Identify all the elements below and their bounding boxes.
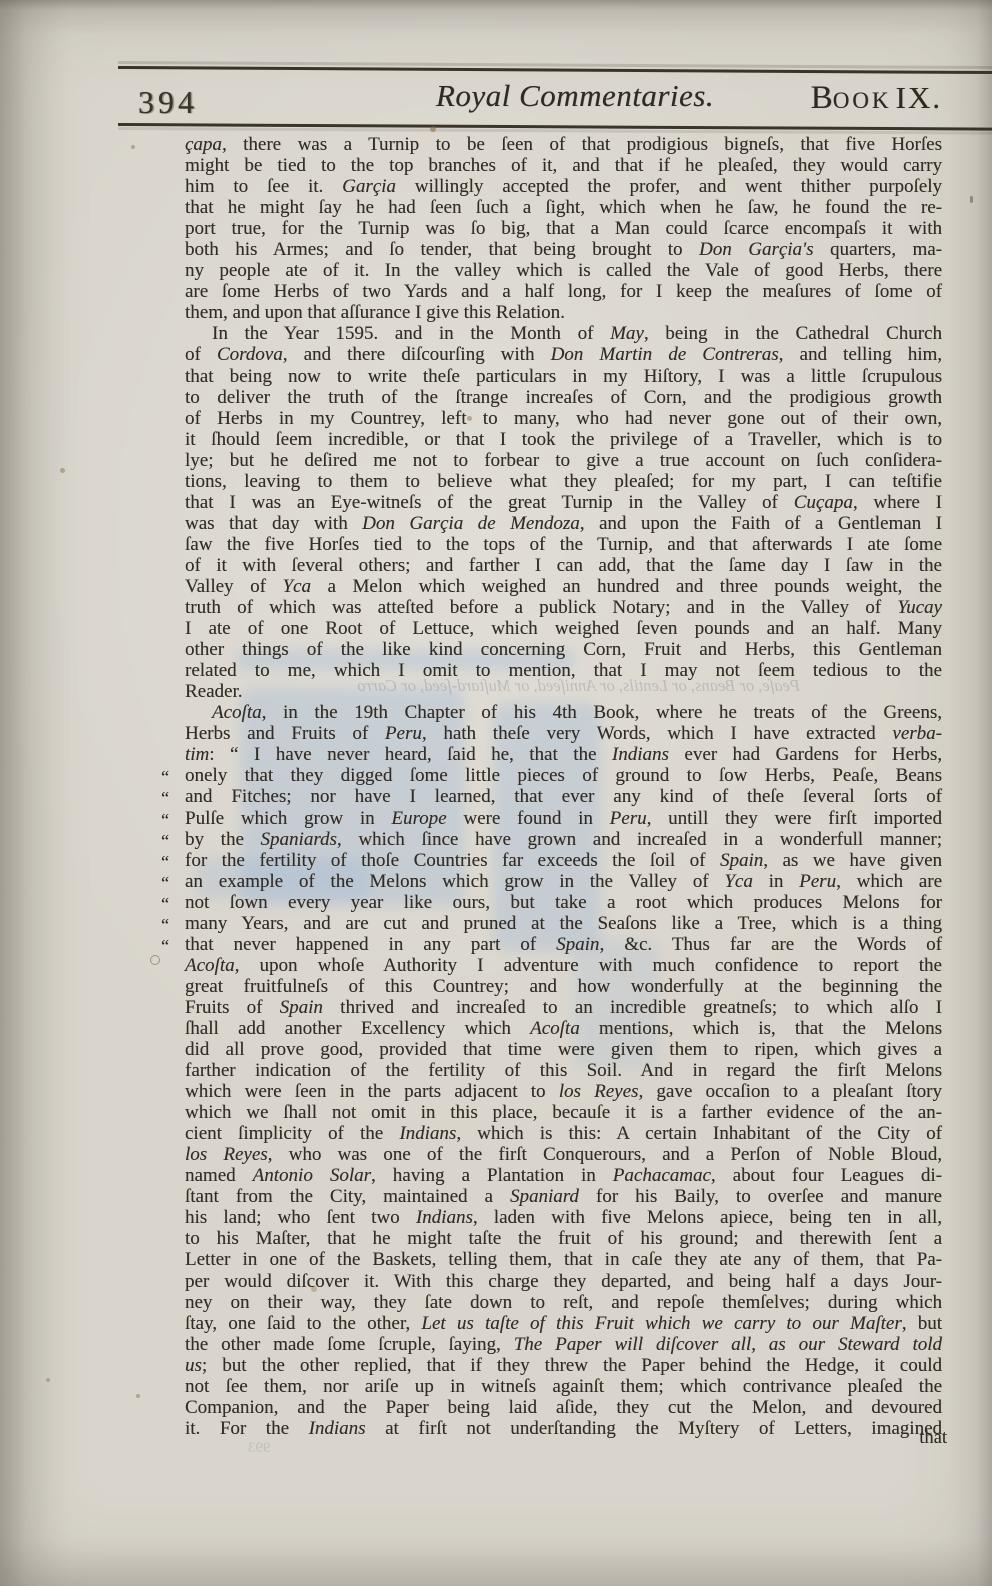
hanging-quote-mark: “: [161, 873, 169, 894]
text-line: other things of the like kind concerning…: [185, 639, 942, 660]
text-line: both his Armes; and ſo tender, that bein…: [185, 239, 942, 260]
book-heading: BOOK IX.: [811, 80, 942, 117]
text-line: it ſhould ſeem incredible, or that I too…: [185, 429, 942, 450]
text-line: of Cordova, and there diſcourſing with D…: [185, 344, 942, 365]
text-line: I ate of one Root of Lettuce, which weig…: [185, 618, 942, 639]
text-line: was that day with Don Garçia de Mendoza,…: [185, 513, 942, 534]
text-line: ney on their way, they ſate down to reſt…: [185, 1292, 942, 1313]
page-number: 394: [138, 84, 198, 121]
text-line: los Reyes, who was one of the firſt Conq…: [185, 1144, 942, 1165]
header-rule-bottom: [118, 123, 992, 130]
text-line: In the Year 1595. and in the Month of Ma…: [185, 323, 942, 344]
text-line: “by the Spaniards, which ſince have grow…: [185, 829, 942, 850]
hanging-quote-mark: “: [161, 767, 169, 788]
text-line: lye; but he deſired me not to forbear to…: [185, 450, 942, 471]
text-line: “for the fertility of thoſe Countries fa…: [185, 850, 942, 871]
paragraph: çapa, there was a Turnip to be ſeen of t…: [185, 134, 942, 323]
text-line: which were ſeen in the parts adjacent to…: [185, 1081, 942, 1102]
text-line: cient ſimplicity of the Indians, which i…: [185, 1123, 942, 1144]
hanging-quote-mark: “: [161, 915, 169, 936]
hanging-quote-mark: “: [161, 788, 169, 809]
hanging-quote-mark: “: [161, 936, 169, 957]
text-block: çapa, there was a Turnip to be ſeen of t…: [185, 134, 942, 1439]
text-line: the other made ſome ſcruple, ſaying, The…: [185, 1334, 942, 1355]
text-line: farther indication of the fertility of t…: [185, 1060, 942, 1081]
text-line: ſtant from the City, maintained a Spania…: [185, 1186, 942, 1207]
text-line: Letter in one of the Baskets, telling th…: [185, 1249, 942, 1270]
text-line: “Pulſe which grow in Europe were found i…: [185, 808, 942, 829]
text-line: ſtay, one ſaid to the other, Let us taſt…: [185, 1313, 942, 1334]
text-line: named Antonio Solar, having a Plantation…: [185, 1165, 942, 1186]
stain-spot: [131, 145, 135, 149]
header-rule-top: [118, 66, 992, 74]
text-line: it. For the Indians at firſt not underſt…: [185, 1418, 942, 1439]
text-line: “an example of the Melons which grow in …: [185, 871, 942, 892]
bleedthrough-number: 993: [248, 1440, 271, 1457]
text-line: “and Fitches; nor have I learned, that e…: [185, 786, 942, 807]
text-line: them, and upon that aſſurance I give thi…: [185, 302, 942, 323]
text-line: Valley of Yca a Melon which weighed an h…: [185, 576, 942, 597]
stain-spot: [60, 468, 65, 473]
hanging-quote-mark: “: [161, 831, 169, 852]
text-line: Reader.: [185, 681, 942, 702]
text-line: Acoſta, in the 19th Chapter of his 4th B…: [185, 702, 942, 723]
paragraph: Acoſta, in the 19th Chapter of his 4th B…: [185, 702, 942, 1439]
text-line: him to ſee it. Garçia willingly accepted…: [185, 176, 942, 197]
book-heading-numeral: IX.: [896, 80, 942, 115]
text-line: to his Maſter, that he might taſte the f…: [185, 1228, 942, 1249]
text-line: Herbs and Fruits of Peru, hath theſe ver…: [185, 723, 942, 744]
text-line: “that never happened in any part of Spai…: [185, 934, 942, 955]
text-line: not ſee them, nor ariſe up in witneſs ag…: [185, 1376, 942, 1397]
hanging-quote-mark: “: [161, 894, 169, 915]
book-heading-smallcaps: OOK: [833, 88, 892, 113]
stray-ink-mark: [970, 196, 973, 203]
text-line: truth of which was atteſted before a pub…: [185, 597, 942, 618]
text-line: ſhall add another Excellency which Acoſt…: [185, 1018, 942, 1039]
text-line: “not ſown every year like ours, but take…: [185, 892, 942, 913]
text-line: are ſome Herbs of two Yards and a half l…: [185, 281, 942, 302]
text-line: of Herbs in my Countrey, left to many, w…: [185, 408, 942, 429]
book-heading-initial: B: [811, 80, 833, 116]
text-line: related to me, which I omit to mention, …: [185, 660, 942, 681]
text-line: ſaw the five Horſes tied to the tops of …: [185, 534, 942, 555]
hanging-quote-mark: “: [161, 810, 169, 831]
stain-spot: [136, 1394, 140, 1398]
text-line: “onely that they digged ſome little piec…: [185, 765, 942, 786]
text-line: Companion, and the Paper being laid aſid…: [185, 1397, 942, 1418]
text-line: that I was an Eye-witneſs of the great T…: [185, 492, 942, 513]
text-line: Fruits of Spain thrived and increaſed to…: [185, 997, 942, 1018]
text-line: of it with ſeveral others; and farther I…: [185, 555, 942, 576]
text-line: çapa, there was a Turnip to be ſeen of t…: [185, 134, 942, 155]
stain-spot: [46, 1378, 50, 1382]
paragraph: In the Year 1595. and in the Month of Ma…: [185, 323, 942, 702]
hanging-quote-mark: “: [161, 852, 169, 873]
text-line: that he might ſay he had ſeen ſuch a ſig…: [185, 197, 942, 218]
text-line: Acoſta, upon whoſe Authority I adventure…: [185, 955, 942, 976]
text-line: tions, leaving to them to believe what t…: [185, 471, 942, 492]
running-title: Royal Commentaries.: [395, 78, 755, 114]
text-line: us; but the other replied, that if they …: [185, 1355, 942, 1376]
text-line: ny people ate of it. In the valley which…: [185, 260, 942, 281]
text-line: “many Years, and are cut and pruned at t…: [185, 913, 942, 934]
text-line: tim: “ I have never heard, ſaid he, that…: [185, 744, 942, 765]
text-line: per would diſcover it. With this charge …: [185, 1271, 942, 1292]
text-line: might be tied to the top branches of it,…: [185, 155, 942, 176]
text-line: his land; who ſent two Indians, laden wi…: [185, 1207, 942, 1228]
text-line: great fruitfulneſs of this Countrey; and…: [185, 976, 942, 997]
text-line: that being now to write theſe particular…: [185, 366, 942, 387]
catchword: that: [919, 1428, 947, 1449]
text-line: which we ſhall not omit in this place, b…: [185, 1102, 942, 1123]
book-page-scan: 394 Royal Commentaries. BOOK IX. Peaſe, …: [0, 0, 992, 1586]
ink-ring-mark: [150, 955, 160, 965]
text-line: port true, for the Turnip was ſo big, th…: [185, 218, 942, 239]
text-line: to deliver the truth of the ſtrange incr…: [185, 387, 942, 408]
text-line: did all prove good, provided that time w…: [185, 1039, 942, 1060]
